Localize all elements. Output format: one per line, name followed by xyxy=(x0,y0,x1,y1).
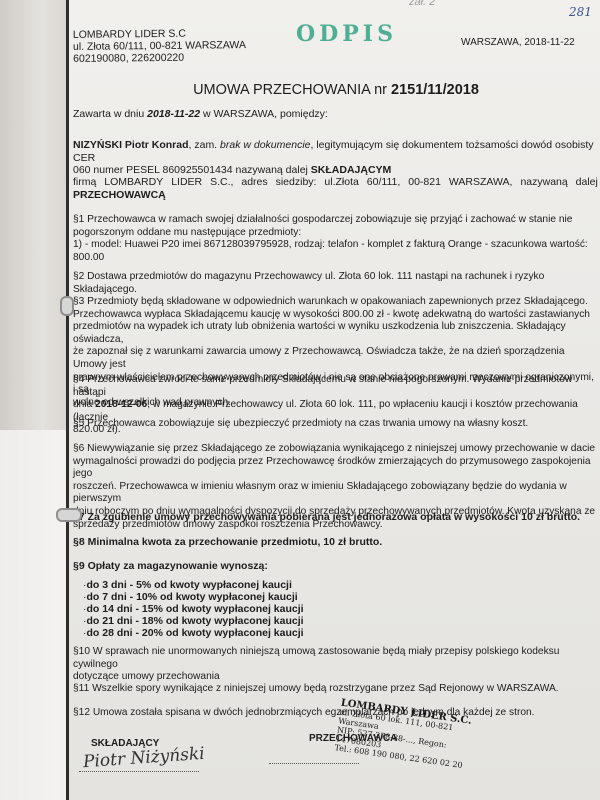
s4-prefix: dnia xyxy=(73,399,95,410)
place-date: WARSZAWA, 2018-11-22 xyxy=(461,37,575,50)
section-9: §9 Opłaty za magazynowanie wynoszą: xyxy=(73,560,598,573)
section-2: §2 Dostawa przedmiotów do magazynu Przec… xyxy=(73,271,598,296)
keeper-details: firmąLOMBARDYLIDERS.C.,adressiedziby:ul.… xyxy=(73,176,598,189)
keeper-word: dalej xyxy=(576,176,598,189)
keeper-role: PRZECHOWAWCĄ xyxy=(73,189,598,202)
fee-item: do 21 dni - 18% od kwoty wypłaconej kauc… xyxy=(83,615,304,627)
keeper-word: firmą xyxy=(73,176,96,189)
depositor-text: , zam. xyxy=(189,139,221,151)
keeper-signature-line xyxy=(269,762,359,764)
keeper-word: 60/111, xyxy=(367,176,400,189)
intro-suffix: w WARSZAWA, pomiędzy: xyxy=(200,108,328,120)
section-12: §12 Umowa została spisana w dwóch jednob… xyxy=(73,707,598,720)
fee-item: do 7 dni - 10% od kwoty wypłaconej kaucj… xyxy=(83,591,304,603)
keeper-word: S.C., xyxy=(210,176,233,189)
depositor-name: NIZYŃSKI Piotr Konrad xyxy=(73,139,189,151)
s6-line: roszczeń. Przechowawca w imieniu własnym… xyxy=(73,481,598,506)
contract-number: 2151/11/2018 xyxy=(391,82,479,98)
s3-line: że zapoznał się z warunkami zawarcia umo… xyxy=(73,346,598,371)
company-phones: 602190080, 226200220 xyxy=(73,51,246,65)
intro-line: Zawarta w dniu 2018-11-22 w WARSZAWA, po… xyxy=(73,108,328,121)
contract-date: 2018-11-22 xyxy=(147,108,200,120)
document-title: UMOWA PRZECHOWANIA nr 2151/11/2018 xyxy=(69,84,600,97)
keeper-word: ul.Złota xyxy=(324,176,358,189)
company-header: LOMBARDY LIDER S.C ul. Złota 60/111, 00-… xyxy=(73,27,246,65)
depositor-pesel-text: 060 numer PESEL 860925501434 nazywaną da… xyxy=(73,164,311,176)
keeper-word: LIDER xyxy=(171,176,202,189)
keeper-word: nazywaną xyxy=(520,176,567,189)
document-page: zał. 2 281 LOMBARDY LIDER S.C ul. Złota … xyxy=(66,0,600,800)
intro-prefix: Zawarta w dniu xyxy=(73,108,147,120)
underlying-page-lower xyxy=(0,430,70,800)
s10-line: dotyczące umowy przechowania xyxy=(73,671,598,684)
section-8: §8 Minimalna kwota za przechowanie przed… xyxy=(73,536,598,549)
keeper-word: 00-821 xyxy=(408,176,441,189)
company-address: ul. Złota 60/111, 00-821 WARSZAWA xyxy=(73,39,246,53)
keeper-word: WARSZAWA, xyxy=(449,176,513,189)
section-7: §7 Za zgubienie umowy przechowywania pob… xyxy=(73,511,598,524)
section-5: §5 Przechowawca zobowiązuje się ubezpiec… xyxy=(73,418,598,431)
s3-line: Przechowawca wypłaca Składającemu kaucję… xyxy=(73,309,598,322)
depositor-signature: Piotr Niżyński xyxy=(83,748,205,769)
keeper-word: LOMBARDY xyxy=(104,176,163,189)
fee-item: do 14 dni - 15% od kwoty wypłaconej kauc… xyxy=(83,603,304,615)
fee-item: do 3 dni - 5% od kwoty wypłaconej kaucji xyxy=(83,579,304,591)
section-11: §11 Wszelkie spory wynikające z niniejsz… xyxy=(73,683,598,696)
copy-stamp: ODPIS xyxy=(296,28,397,41)
binder-ring xyxy=(56,508,82,522)
keeper-word: siedziby: xyxy=(276,176,317,189)
section-10: §10 W sprawach nie unormowanych niniejsz… xyxy=(73,646,598,684)
s1-item: 1) - model: Huawei P20 imei 867128039795… xyxy=(73,239,598,252)
s1-line: pogorszonym oddane mu następujące przedm… xyxy=(73,227,598,240)
depositor-party: NIZYŃSKI Piotr Konrad, zam. brak w dokum… xyxy=(73,139,598,177)
handwritten-note: zał. 2 xyxy=(409,0,435,9)
s1-line: §1 Przechowawca w ramach swojej działaln… xyxy=(73,214,598,227)
keeper-party: firmąLOMBARDYLIDERS.C.,adressiedziby:ul.… xyxy=(73,176,598,201)
s3-line: przedmiotów na wypadek ich utraty lub ob… xyxy=(73,321,598,346)
title-prefix: UMOWA PRZECHOWANIA nr xyxy=(193,82,391,98)
return-date: 2018-12-06 xyxy=(95,399,147,410)
depositor-residence: brak w dokumencie xyxy=(220,139,310,151)
s3-line: §3 Przedmioty będą składowane w odpowied… xyxy=(73,296,598,309)
fee-list: do 3 dni - 5% od kwoty wypłaconej kaucji… xyxy=(83,579,304,639)
fee-item: do 28 dni - 20% od kwoty wypłaconej kauc… xyxy=(83,627,304,639)
depositor-signature-line xyxy=(79,770,199,772)
handwritten-page-number: 281 xyxy=(569,6,592,19)
binder-clip xyxy=(60,296,74,316)
s1-value: 800.00 xyxy=(73,252,598,265)
s6-line: §6 Niewywiązanie się przez Składającego … xyxy=(73,443,598,456)
s6-line: wymagalności prowadzi do podjęcia przez … xyxy=(73,456,598,481)
s10-line: §10 W sprawach nie unormowanych niniejsz… xyxy=(73,646,598,671)
keeper-word: adres xyxy=(241,176,267,189)
section-1: §1 Przechowawca w ramach swojej działaln… xyxy=(73,214,598,264)
s4-line: §4 Przechowawca zwróci te same przedmiot… xyxy=(73,374,598,399)
depositor-role: SKŁADAJĄCYM xyxy=(311,164,392,176)
